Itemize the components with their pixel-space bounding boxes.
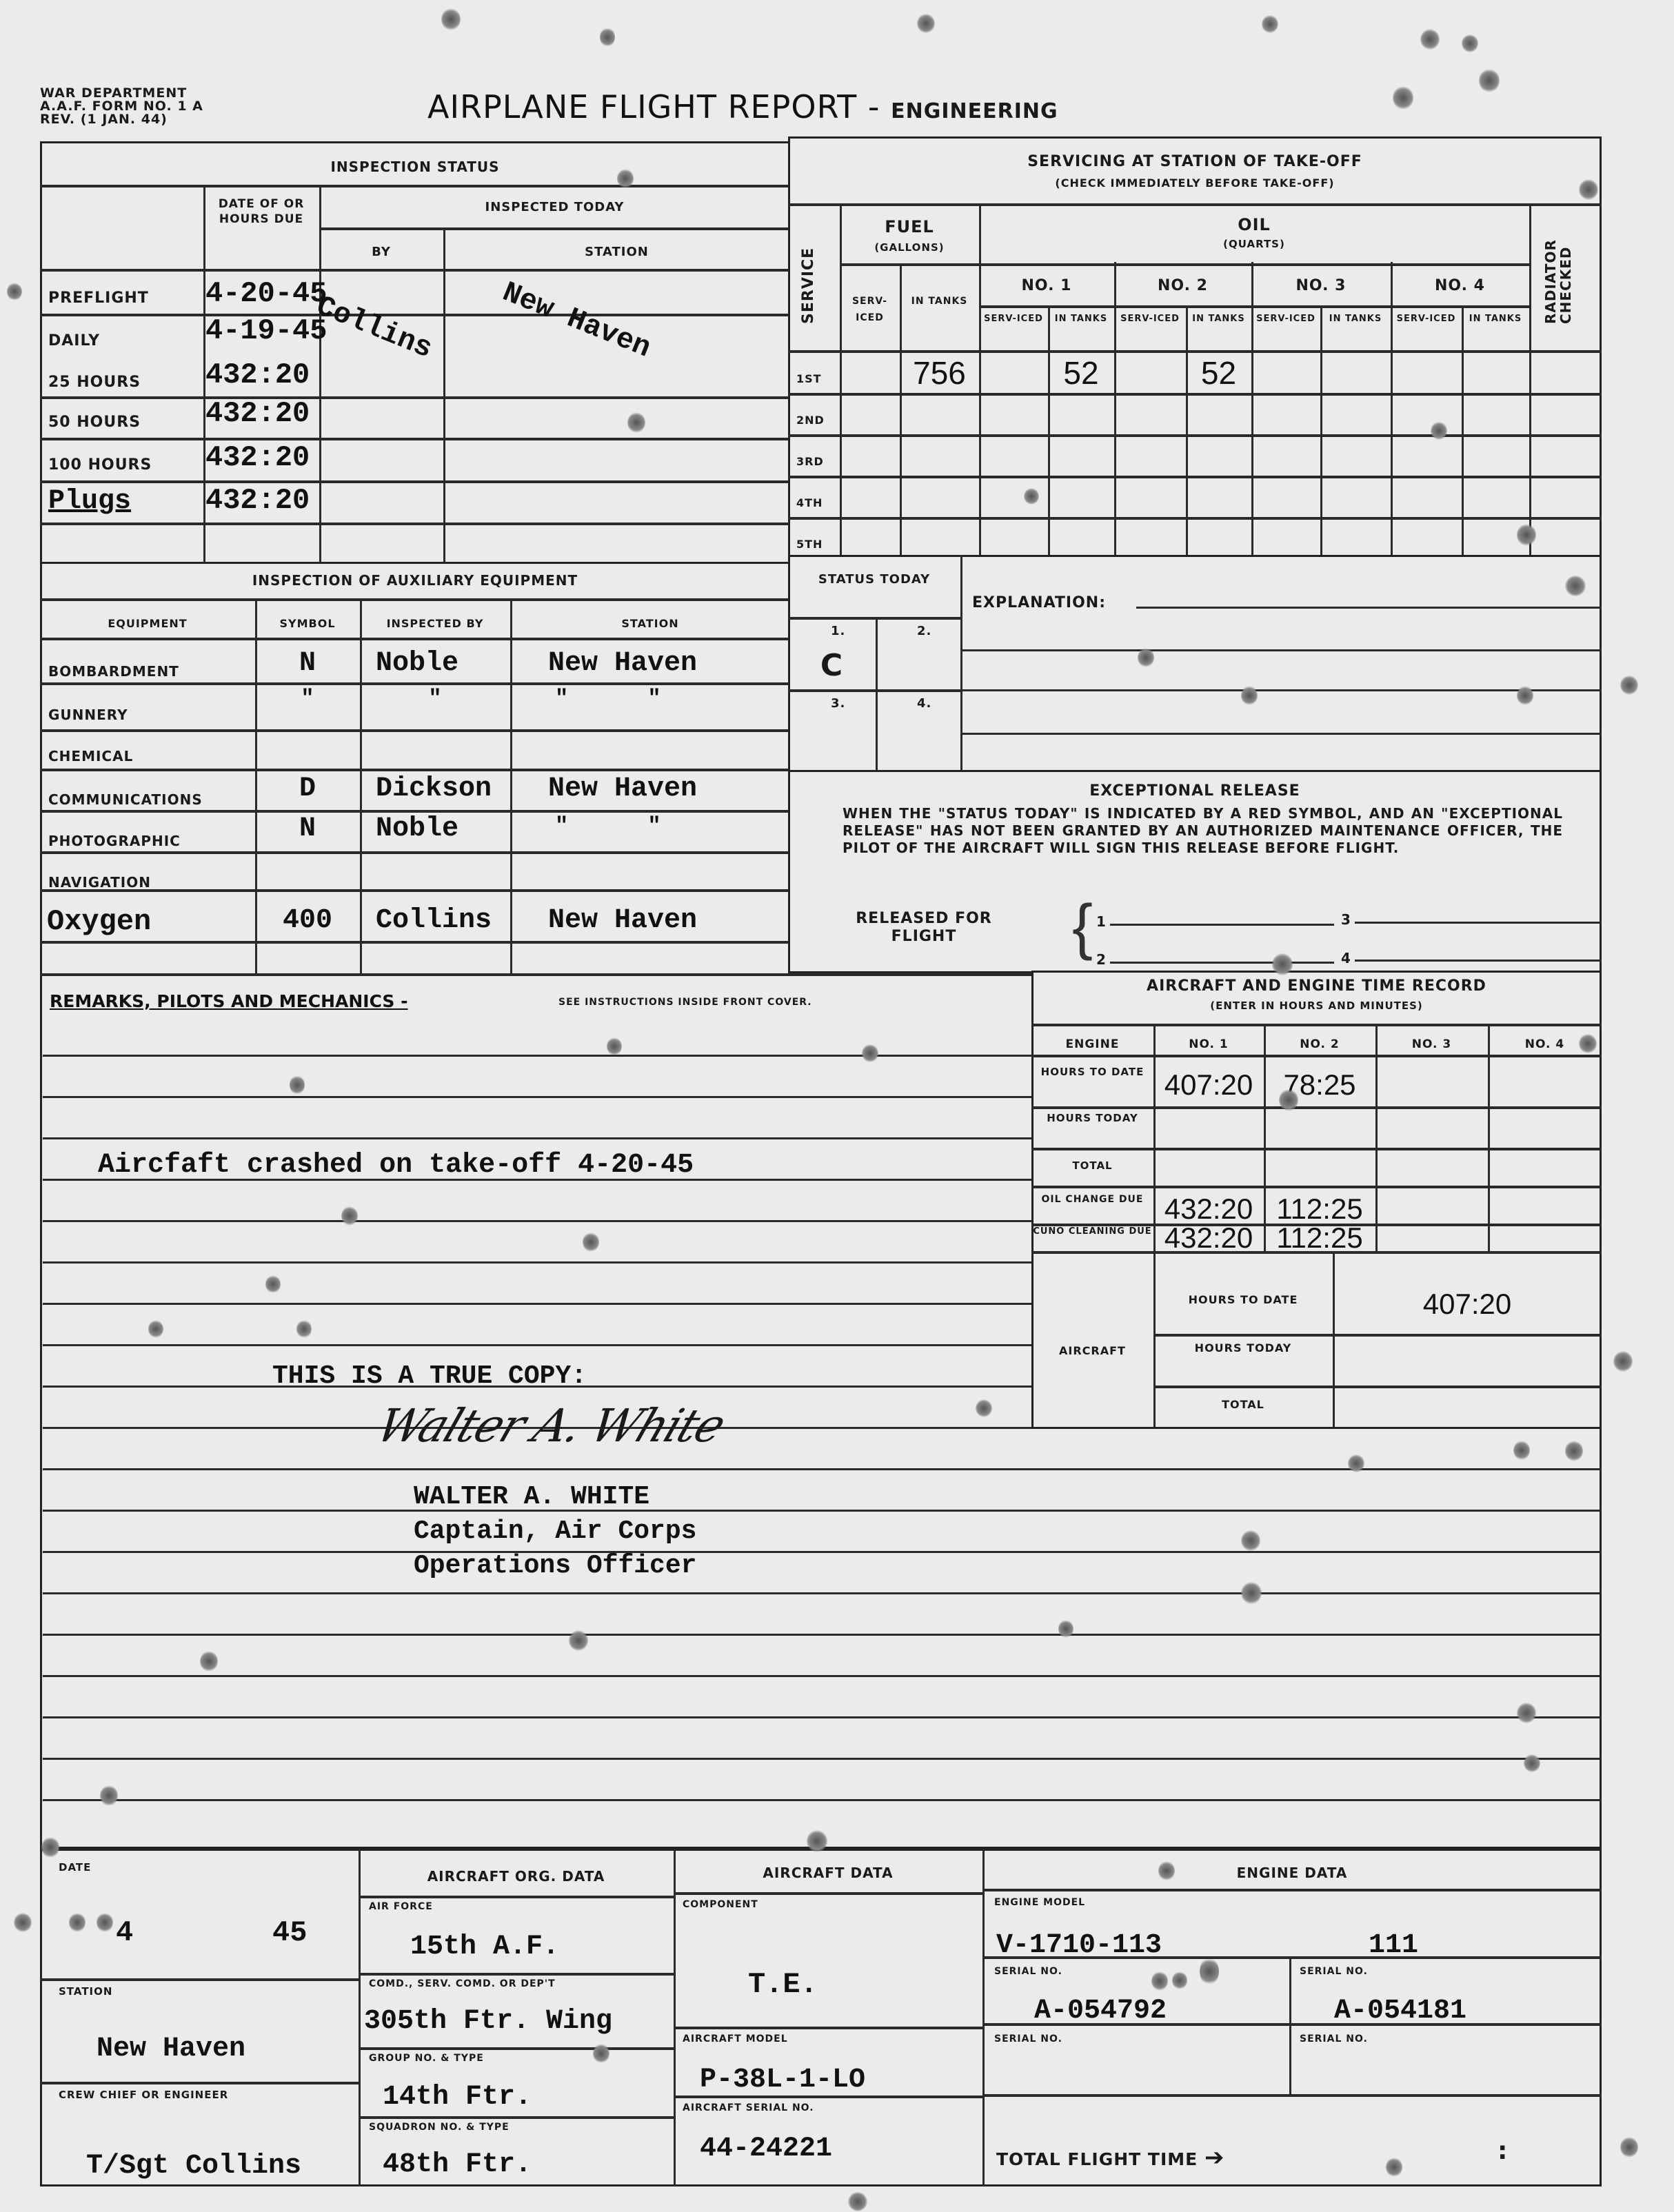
aux-equipment: PHOTOGRAPHIC (48, 833, 181, 849)
engine-model-label: ENGINE MODEL (994, 1897, 1085, 1908)
oil1-in-tanks-1st: 52 (1048, 354, 1114, 392)
auxiliary-title: INSPECTION OF AUXILIARY EQUIPMENT (40, 572, 790, 589)
form-id: WAR DEPARTMENT A.A.F. FORM NO. 1 A REV. … (40, 87, 203, 126)
title-text: AIRPLANE FLIGHT REPORT (427, 88, 857, 125)
group-value: 14th Ftr. (383, 2082, 532, 2113)
command-value: 305th Ftr. Wing (364, 2006, 612, 2037)
aux-equipment: CHEMICAL (48, 748, 133, 764)
col-inspected-today: INSPECTED TODAY (319, 200, 790, 214)
release-signature-line-4[interactable] (1355, 960, 1602, 962)
date-month: 4 (116, 1916, 133, 1949)
total-flight-time-label: TOTAL FLIGHT TIME (996, 2149, 1198, 2169)
fuel-in-tanks-1st: 756 (900, 354, 979, 392)
released-for-flight-label: RELEASED FOR FLIGHT (820, 910, 1027, 946)
row-label-plugs: Plugs (48, 486, 131, 517)
col-by: BY (319, 245, 443, 259)
aux-station: New Haven (548, 648, 697, 679)
date-label: DATE (59, 1861, 91, 1874)
date-year: 45 (272, 1916, 307, 1949)
brace-icon: { (1072, 896, 1093, 958)
aircraft-serial-label: AIRCRAFT SERIAL NO. (683, 2102, 814, 2113)
cuno-cleaning-due-label: CUNO CLEANING DUE (1031, 1226, 1153, 1238)
release-line-4-num: 4 (1341, 950, 1351, 966)
aux-symbol: " (255, 686, 360, 711)
explanation-label: EXPLANATION: (972, 594, 1106, 611)
exceptional-release-title: EXCEPTIONAL RELEASE (788, 782, 1602, 800)
signature: Walter A. White (370, 1399, 732, 1452)
service-row-1st: 1ST (796, 372, 822, 385)
aux-station: New Haven (548, 773, 697, 804)
hours-today-label: HOURS TODAY (1031, 1111, 1153, 1126)
engine1-hours-to-date: 407:20 (1153, 1068, 1264, 1102)
50-hours-due: 432:20 (205, 397, 310, 430)
oil-no4-header: NO. 4 (1391, 277, 1529, 294)
status-cell-1-value: C (788, 648, 876, 683)
remarks-note: SEE INSTRUCTIONS INSIDE FRONT COVER. (558, 997, 812, 1008)
oil1-serviced-header: SERV-ICED (979, 312, 1048, 326)
aux-station: New Haven (548, 905, 697, 936)
aircraft-hours-today-label: HOURS TODAY (1153, 1341, 1333, 1356)
signer-title: Operations Officer (414, 1551, 696, 1581)
row-label-preflight: PREFLIGHT (48, 290, 149, 307)
aircraft-hours-to-date: 407:20 (1333, 1288, 1602, 1321)
status-cell-3-num: 3. (831, 696, 845, 711)
status-today-title: STATUS TODAY (788, 571, 960, 589)
release-line-3-num: 3 (1341, 911, 1351, 928)
preflight-due: 4-20-45 (205, 277, 327, 310)
aux-col-equipment: EQUIPMENT (40, 617, 255, 630)
exceptional-release-text: WHEN THE "STATUS TODAY" IS INDICATED BY … (843, 805, 1563, 857)
aircraft-hours-to-date-label: HOURS TO DATE (1153, 1292, 1333, 1308)
air-force-label: AIR FORCE (369, 1901, 433, 1912)
oil-no1-header: NO. 1 (979, 277, 1114, 294)
total-flight-time-value: : (1497, 2137, 1508, 2165)
remarks-entry: Aircfaft crashed on take-off 4-20-45 (98, 1150, 694, 1181)
form-revision: REV. (1 JAN. 44) (40, 113, 203, 126)
aux-symbol: D (255, 773, 360, 804)
aux-col-inspected-by: INSPECTED BY (360, 617, 510, 630)
service-row-3rd: 3RD (796, 455, 824, 468)
100-hours-due: 432:20 (205, 441, 310, 474)
aircraft-label: AIRCRAFT (1031, 1344, 1153, 1357)
release-signature-line-1[interactable] (1110, 924, 1334, 926)
oil-no2-header: NO. 2 (1114, 277, 1251, 294)
arrow-right-icon: ➔ (1204, 2144, 1225, 2171)
group-label: GROUP NO. & TYPE (369, 2053, 484, 2064)
release-signature-line-2[interactable] (1110, 962, 1334, 964)
time-record-title: AIRCRAFT AND ENGINE TIME RECORD (1031, 977, 1602, 995)
status-cell-2-num: 2. (917, 624, 931, 638)
aux-inspected-by: Noble (376, 813, 458, 844)
aux-inspected-by: Dickson (376, 773, 492, 804)
engine2-serial-value: A-054181 (1334, 1996, 1466, 2027)
oil3-in-tanks-header: IN TANKS (1320, 312, 1391, 326)
row-label-25-hours: 25 HOURS (48, 374, 141, 391)
fuel-in-tanks-header: IN TANKS (900, 293, 979, 310)
engine-no1-header: NO. 1 (1153, 1037, 1264, 1051)
status-cell-4-num: 4. (917, 696, 931, 711)
engine-header: ENGINE (1031, 1037, 1153, 1051)
aircraft-data-title: AIRCRAFT DATA (674, 1865, 982, 1881)
oil4-in-tanks-header: IN TANKS (1462, 312, 1529, 326)
servicing-subtitle: (CHECK IMMEDIATELY BEFORE TAKE-OFF) (788, 176, 1602, 190)
col-station: STATION (443, 245, 790, 259)
service-row-5th: 5TH (796, 538, 823, 551)
explanation-line[interactable] (960, 733, 1602, 735)
row-label-50-hours: 50 HOURS (48, 414, 141, 431)
oil-unit: (QUARTS) (979, 238, 1529, 250)
oil2-in-tanks-1st: 52 (1186, 354, 1251, 392)
hours-to-date-label: HOURS TO DATE (1031, 1065, 1153, 1079)
aux-symbol: N (255, 648, 360, 679)
explanation-line[interactable] (1136, 607, 1602, 609)
remarks-title: REMARKS, PILOTS AND MECHANICS - (50, 991, 407, 1011)
title-dash: - (868, 88, 880, 125)
engine-no2-header: NO. 2 (1264, 1037, 1375, 1051)
station-label: STATION (59, 1985, 112, 1998)
aux-station: " " (555, 813, 661, 839)
true-copy-statement: THIS IS A TRUE COPY: (272, 1361, 587, 1391)
fuel-unit: (GALLONS) (840, 241, 979, 254)
component-label: COMPONENT (683, 1899, 758, 1910)
engine2-oil-change-due: 112:25 (1264, 1193, 1375, 1226)
engine2-cuno-cleaning-due: 112:25 (1264, 1221, 1375, 1255)
oil-label: OIL (979, 215, 1529, 234)
squadron-label: SQUADRON NO. & TYPE (369, 2122, 510, 2133)
servicing-title: SERVICING AT STATION OF TAKE-OFF (788, 153, 1602, 170)
service-row-2nd: 2ND (796, 414, 825, 427)
oil3-serviced-header: SERV-ICED (1251, 312, 1320, 326)
aux-symbol: 400 (255, 905, 360, 936)
aux-col-station: STATION (510, 617, 790, 630)
aux-equipment: NAVIGATION (48, 874, 151, 891)
25-hours-due: 432:20 (205, 358, 310, 392)
squadron-value: 48th Ftr. (383, 2149, 532, 2180)
aux-equipment: COMMUNICATIONS (48, 791, 203, 808)
engine1-serial-value: A-054792 (1034, 1996, 1167, 2027)
crew-chief-value: T/Sgt Collins (86, 2151, 301, 2182)
engine1-oil-change-due: 432:20 (1153, 1193, 1264, 1226)
crew-chief-label: CREW CHIEF OR ENGINEER (59, 2089, 228, 2101)
release-line-2-num: 2 (1096, 951, 1107, 968)
service-row-4th: 4TH (796, 496, 823, 509)
aircraft-serial-value: 44-24221 (700, 2133, 832, 2164)
oil2-in-tanks-header: IN TANKS (1186, 312, 1251, 326)
org-data-title: AIRCRAFT ORG. DATA (359, 1868, 674, 1885)
aux-station: " " (555, 686, 661, 711)
explanation-line[interactable] (960, 689, 1602, 691)
aircraft-total-label: TOTAL (1153, 1398, 1333, 1411)
release-line-1-num: 1 (1096, 913, 1107, 930)
engine1-cuno-cleaning-due: 432:20 (1153, 1221, 1264, 1255)
aircraft-model-value: P-38L-1-LO (700, 2064, 865, 2096)
command-label: COMD., SERV. COMD. OR DEP'T (369, 1978, 556, 1989)
oil-change-due-label: OIL CHANGE DUE (1031, 1193, 1153, 1206)
engine1-serial-label: SERIAL NO. (994, 1966, 1062, 1977)
aircraft-model-label: AIRCRAFT MODEL (683, 2033, 788, 2044)
aux-col-symbol: SYMBOL (255, 617, 360, 630)
title-subtitle: ENGINEERING (891, 99, 1058, 123)
aux-equipment: BOMBARDMENT (48, 663, 179, 680)
explanation-line[interactable] (960, 649, 1602, 651)
fuel-label: FUEL (840, 217, 979, 236)
daily-due: 4-19-45 (205, 314, 327, 347)
oil-no3-header: NO. 3 (1251, 277, 1391, 294)
oil1-in-tanks-header: IN TANKS (1048, 312, 1114, 326)
aux-inspected-by: Collins (376, 905, 492, 936)
total-flight-time: TOTAL FLIGHT TIME ➔ (996, 2144, 1224, 2171)
plugs-due: 432:20 (205, 484, 310, 517)
time-record-subtitle: (ENTER IN HOURS AND MINUTES) (1031, 1000, 1602, 1012)
signer-name: WALTER A. WHITE (414, 1482, 649, 1512)
aux-equipment: GUNNERY (48, 707, 128, 723)
station-value: New Haven (97, 2033, 245, 2064)
flight-report-page: WAR DEPARTMENT A.A.F. FORM NO. 1 A REV. … (0, 0, 1674, 2212)
engine2-serial-label: SERIAL NO. (1300, 1966, 1368, 1977)
status-cell-1-num: 1. (831, 624, 845, 638)
service-label: SERVICE (800, 227, 817, 324)
engine3-serial-label: SERIAL NO. (994, 2033, 1062, 2044)
row-label-100-hours: 100 HOURS (48, 456, 152, 474)
page-title: AIRPLANE FLIGHT REPORT - ENGINEERING (427, 88, 1058, 125)
aux-equipment: Oxygen (47, 905, 151, 938)
engine-data-title: ENGINE DATA (982, 1865, 1602, 1881)
aux-inspected-by: " (360, 686, 510, 711)
oil4-serviced-header: SERV-ICED (1391, 312, 1462, 326)
aux-inspected-by: Noble (376, 648, 458, 679)
engine-no3-header: NO. 3 (1375, 1037, 1488, 1051)
component-value: T.E. (748, 1968, 818, 2001)
col-date-due: DATE OF OR HOURS DUE (203, 196, 319, 227)
oil2-serviced-header: SERV-ICED (1114, 312, 1186, 326)
engine-total-label: TOTAL (1031, 1159, 1153, 1172)
signer-rank: Captain, Air Corps (414, 1516, 696, 1546)
fuel-serviced-header: SERV-ICED (840, 293, 900, 326)
inspection-status-title: INSPECTION STATUS (40, 159, 790, 175)
air-force-value: 15th A.F. (410, 1931, 559, 1962)
release-signature-line-3[interactable] (1355, 922, 1602, 924)
row-label-daily: DAILY (48, 332, 100, 349)
radiator-label: RADIATOR CHECKED (1543, 207, 1573, 324)
servicing-section (788, 136, 1602, 557)
aux-symbol: N (255, 813, 360, 844)
engine4-serial-label: SERIAL NO. (1300, 2033, 1368, 2044)
